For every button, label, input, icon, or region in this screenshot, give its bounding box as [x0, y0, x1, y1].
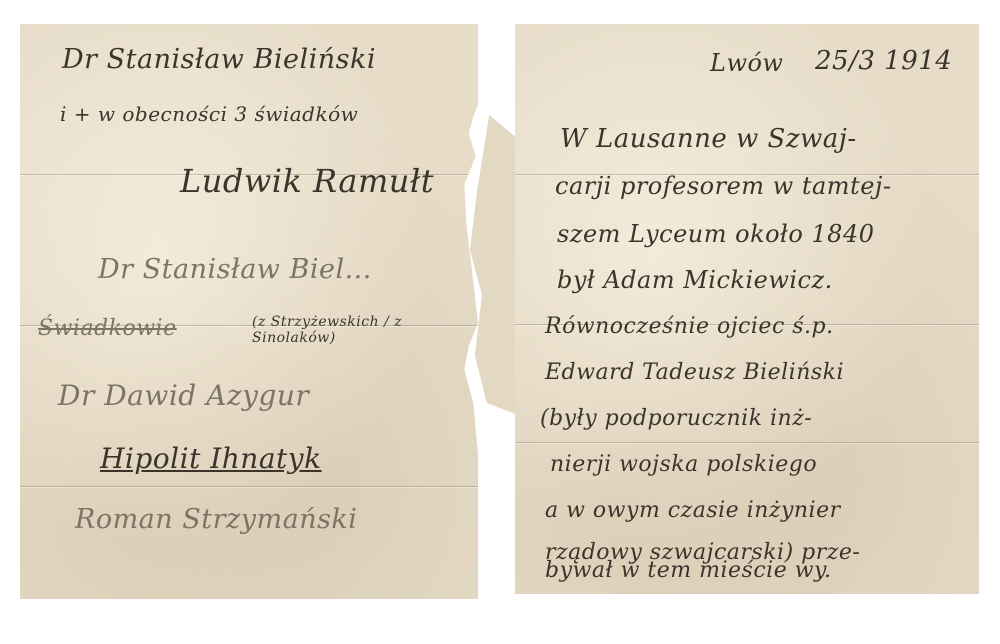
signature: Hipolit Ihnatyk — [100, 442, 322, 475]
signature: Roman Strzymański — [75, 504, 357, 535]
fold-line — [515, 442, 979, 443]
handwritten-line: był Adam Mickiewicz. — [557, 266, 833, 294]
handwritten-line: nierji wojska polskiego — [550, 452, 817, 477]
handwritten-line: Dr Stanisław Bieliński — [62, 44, 376, 75]
handwritten-line: bywał w tem mieście wy. — [545, 558, 832, 583]
handwritten-note: (z Strzyżewskich / z Sinolaków) — [252, 314, 452, 346]
handwritten-line: Edward Tadeusz Bieliński — [545, 360, 844, 385]
handwritten-line: Równocześnie ojciec ś.p. — [545, 314, 834, 339]
handwritten-line: Świadkowie — [38, 316, 177, 341]
handwritten-line: W Lausanne w Szwaj- — [560, 124, 857, 154]
signature: Ludwik Ramułt — [180, 162, 434, 200]
signature: Dr Stanisław Biel... — [98, 254, 372, 285]
place-name: Lwów — [710, 49, 783, 77]
handwritten-line: (były podporucznik inż- — [540, 406, 812, 431]
handwritten-line: szem Lyceum około 1840 — [557, 220, 875, 248]
fold-line — [20, 486, 478, 487]
torn-fragment — [470, 115, 518, 415]
right-paper-piece: Lwów 25/3 1914 W Lausanne w Szwaj- carji… — [515, 24, 979, 594]
date: 25/3 1914 — [815, 46, 952, 76]
left-paper-piece: Dr Stanisław Bieliński i + w obecności 3… — [20, 24, 478, 599]
handwritten-line: a w owym czasie inżynier — [545, 498, 841, 523]
handwritten-line: i + w obecności 3 świadków — [60, 102, 358, 126]
signature: Dr Dawid Azygur — [58, 379, 309, 412]
handwritten-line: carji profesorem w tamtej- — [555, 172, 891, 200]
